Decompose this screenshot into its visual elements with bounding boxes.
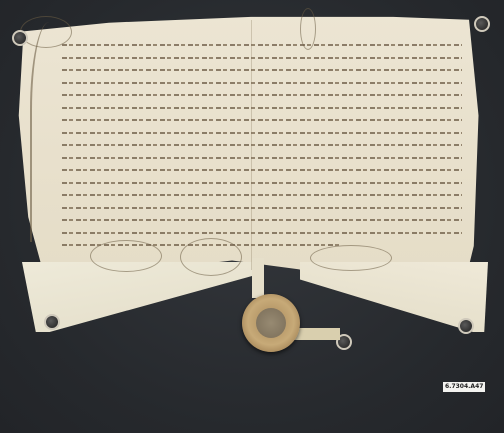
mounting-pin-top-right — [474, 16, 490, 32]
seal-tag-strip — [252, 258, 264, 298]
wax-seal-center — [256, 308, 286, 338]
mounting-pin-top-left — [12, 30, 28, 46]
mounting-pin-bottom-left — [44, 314, 60, 330]
handwritten-text-block — [62, 44, 462, 254]
wax-seal — [242, 294, 300, 352]
mounting-pin-bottom-right — [458, 318, 474, 334]
shelfmark-label: 6.7304.A47 — [443, 382, 485, 392]
